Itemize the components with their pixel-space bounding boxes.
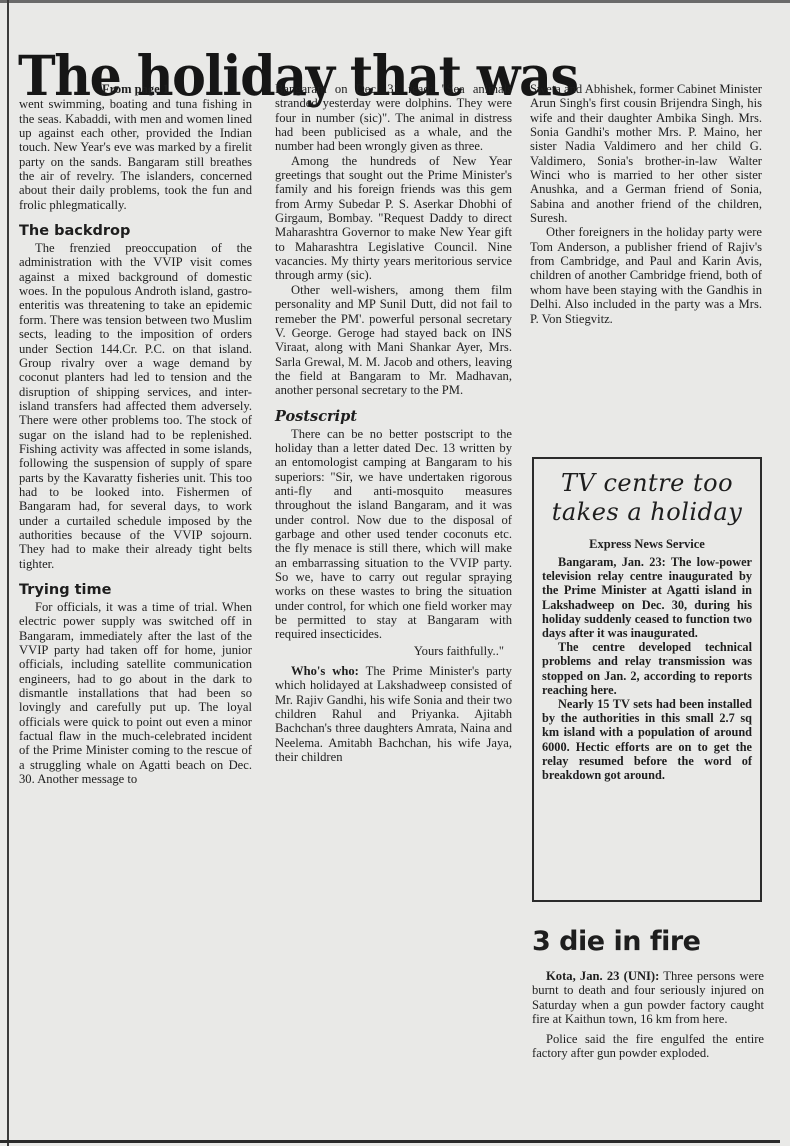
story-fire: 3 die in fire Kota, Jan. 23 (UNI): Three… (532, 925, 764, 1067)
story-paragraph: The centre developed technical problems … (542, 640, 752, 697)
article-paragraph: Sweta and Abhishek, former Cabinet Minis… (530, 82, 762, 225)
story-paragraph: Police said the fire engulfed the entire… (532, 1032, 764, 1061)
whos-who-body: The Prime Minister's party which holiday… (275, 664, 512, 764)
story-paragraph: Bangaram, Jan. 23: The low-power televis… (542, 555, 752, 640)
section-heading-postscript: Postscript (275, 408, 512, 426)
column-1: From page 1 went swimming, boating and t… (19, 82, 252, 786)
article-paragraph: Among the hundreds of New Year greetings… (275, 154, 512, 283)
article-paragraph-whos-who: Who's who: The Prime Minister's party wh… (275, 664, 512, 764)
section-heading-backdrop: The backdrop (19, 222, 252, 240)
article-paragraph: For officials, it was a time of trial. W… (19, 600, 252, 786)
article-paragraph: There can be no better postscript to the… (275, 427, 512, 642)
section-heading-trying-time: Trying time (19, 581, 252, 599)
dateline: Kota, Jan. 23 (UNI): (546, 969, 659, 983)
story-title-line: takes a holiday (542, 498, 752, 527)
story-title: 3 die in fire (532, 925, 764, 959)
column-rule-left (7, 0, 9, 1146)
whos-who-lead: Who's who: (291, 664, 359, 678)
article-paragraph: Bangaram on Dec. 31 read: "Sea animals s… (275, 82, 512, 154)
story-body: Kota, Jan. 23 (UNI): Three persons were … (532, 969, 764, 1061)
top-rule (0, 0, 790, 3)
article-paragraph: Other well-wishers, among them film pers… (275, 283, 512, 398)
sidebar-story-tv-centre: TV centre too takes a holiday Express Ne… (532, 457, 762, 902)
story-title-line: TV centre too (542, 469, 752, 498)
continuation-label: From page 1 (19, 82, 252, 96)
story-title: TV centre too takes a holiday (542, 469, 752, 527)
article-paragraph: Other foreigners in the holiday party we… (530, 225, 762, 325)
story-body: Bangaram, Jan. 23: The low-power televis… (542, 555, 752, 782)
story-credit: Express News Service (542, 537, 752, 552)
story-paragraph: Nearly 15 TV sets had been installed by … (542, 697, 752, 782)
bottom-rule (0, 1140, 780, 1143)
column-2: Bangaram on Dec. 31 read: "Sea animals s… (275, 82, 512, 764)
story-paragraph: Kota, Jan. 23 (UNI): Three persons were … (532, 969, 764, 1026)
article-paragraph: The frenzied preoccupation of the admini… (19, 241, 252, 571)
letter-signoff: Yours faithfully.." (275, 644, 504, 658)
article-paragraph: went swimming, boating and tuna fishing … (19, 97, 252, 212)
column-3: Sweta and Abhishek, former Cabinet Minis… (530, 82, 762, 326)
